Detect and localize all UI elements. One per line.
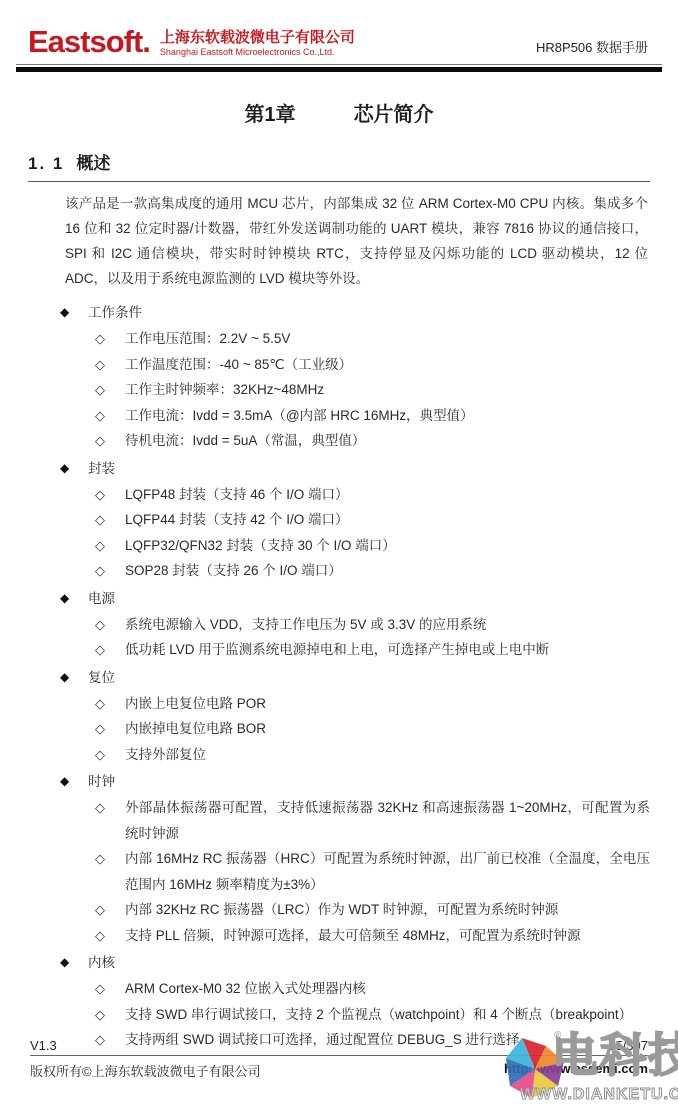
feature-item-text: 工作主时钟频率：32KHz~48MHz	[125, 377, 650, 403]
diamond-outline-icon: ◇	[95, 326, 125, 352]
feature-head-operating-conditions: ◆ 工作条件	[60, 299, 678, 326]
header-rule-thin	[16, 64, 662, 65]
feature-item: ◇ 工作主时钟频率：32KHz~48MHz	[95, 377, 650, 403]
feature-item: ◇ 系统电源输入 VDD，支持工作电压为 5V 或 3.3V 的应用系统	[95, 612, 650, 638]
feature-item: ◇ 工作温度范围：-40 ~ 85℃（工业级）	[95, 352, 650, 378]
diamond-filled-icon: ◆	[60, 768, 88, 795]
feature-item: ◇ LQFP48 封装（支持 46 个 I/O 端口）	[95, 482, 650, 508]
feature-item: ◇ 外部晶体振荡器可配置，支持低速振荡器 32KHz 和高速振荡器 1~20MH…	[95, 795, 650, 846]
feature-item: ◇ 支持 PLL 倍频，时钟源可选择，最大可倍频至 48MHz，可配置为系统时钟…	[95, 923, 650, 949]
feature-item: ◇ LQFP32/QFN32 封装（支持 30 个 I/O 端口）	[95, 533, 650, 559]
feature-item-text: 工作电压范围：2.2V ~ 5.5V	[125, 326, 650, 352]
feature-item: ◇ SOP28 封装（支持 26 个 I/O 端口）	[95, 558, 650, 584]
footer-url-link[interactable]: http://www.essemi.com	[504, 1061, 648, 1080]
watermark-url: WWW.DIANKETU.COM	[520, 1086, 678, 1104]
feature-item: ◇ 工作电压范围：2.2V ~ 5.5V	[95, 326, 650, 352]
header-rule-thick	[16, 67, 662, 72]
feature-item: ◇ 内部 32KHz RC 振荡器（LRC）作为 WDT 时钟源，可配置为系统时…	[95, 897, 650, 923]
diamond-outline-icon: ◇	[95, 558, 125, 584]
page-footer: V1.3 15/307 版权所有©上海东软载波微电子有限公司 http://ww…	[30, 1038, 648, 1080]
feature-head-reset: ◆ 复位	[60, 664, 678, 691]
feature-item-text: 内部 16MHz RC 振荡器（HRC）可配置为系统时钟源，出厂前已校准（全温度…	[125, 846, 650, 897]
company-logo: Eastsoft. 上海东软载波微电子有限公司 Shanghai Eastsof…	[28, 26, 355, 58]
company-name-en: Shanghai Eastsoft Microelectronics Co.,L…	[160, 46, 355, 58]
intro-paragraph: 该产品是一款高集成度的通用 MCU 芯片，内部集成 32 位 ARM Corte…	[65, 191, 648, 291]
feature-title: 封装	[88, 455, 115, 482]
feature-item: ◇ 内部 16MHz RC 振荡器（HRC）可配置为系统时钟源，出厂前已校准（全…	[95, 846, 650, 897]
section-number: 1. 1	[28, 154, 64, 173]
feature-item-text: 外部晶体振荡器可配置，支持低速振荡器 32KHz 和高速振荡器 1~20MHz，…	[125, 795, 650, 846]
feature-title: 电源	[88, 585, 115, 612]
section-heading: 1. 1概述	[28, 149, 678, 174]
feature-item-text: 支持外部复位	[125, 742, 650, 768]
diamond-filled-icon: ◆	[60, 585, 88, 612]
feature-item-text: 待机电流：Ivdd = 5uA（常温，典型值）	[125, 428, 650, 454]
diamond-outline-icon: ◇	[95, 352, 125, 378]
feature-head-packages: ◆ 封装	[60, 455, 678, 482]
datasheet-page: Eastsoft. 上海东软载波微电子有限公司 Shanghai Eastsof…	[0, 0, 678, 1106]
feature-head-clock: ◆ 时钟	[60, 768, 678, 795]
feature-item-text: SOP28 封装（支持 26 个 I/O 端口）	[125, 558, 650, 584]
feature-head-core: ◆ 内核	[60, 949, 678, 976]
diamond-outline-icon: ◇	[95, 691, 125, 717]
feature-item-text: 工作温度范围：-40 ~ 85℃（工业级）	[125, 352, 650, 378]
diamond-outline-icon: ◇	[95, 482, 125, 508]
feature-item-text: 支持 PLL 倍频，时钟源可选择，最大可倍频至 48MHz，可配置为系统时钟源	[125, 923, 650, 949]
diamond-outline-icon: ◇	[95, 1002, 125, 1028]
feature-item: ◇ 支持外部复位	[95, 742, 650, 768]
diamond-outline-icon: ◇	[95, 507, 125, 533]
eastsoft-logo: Eastsoft.	[28, 26, 150, 58]
feature-item: ◇ 内嵌上电复位电路 POR	[95, 691, 650, 717]
feature-title: 时钟	[88, 768, 115, 795]
diamond-outline-icon: ◇	[95, 533, 125, 559]
diamond-outline-icon: ◇	[95, 923, 125, 949]
footer-rule	[30, 1055, 648, 1056]
chapter-number: 第1章	[244, 104, 295, 126]
diamond-outline-icon: ◇	[95, 377, 125, 403]
feature-item: ◇ ARM Cortex-M0 32 位嵌入式处理器内核	[95, 976, 650, 1002]
feature-title: 复位	[88, 664, 115, 691]
diamond-outline-icon: ◇	[95, 795, 125, 846]
company-name-cn: 上海东软载波微电子有限公司	[160, 29, 355, 46]
feature-item-text: ARM Cortex-M0 32 位嵌入式处理器内核	[125, 976, 650, 1002]
feature-item-text: 支持 SWD 串行调试接口，支持 2 个监视点（watchpoint）和 4 个…	[125, 1002, 650, 1028]
feature-item-text: 工作电流：Ivdd = 3.5mA（@内部 HRC 16MHz，典型值）	[125, 403, 650, 429]
feature-title: 工作条件	[88, 299, 142, 326]
feature-item: ◇ 低功耗 LVD 用于监测系统电源掉电和上电，可选择产生掉电或上电中断	[95, 637, 650, 663]
diamond-filled-icon: ◆	[60, 949, 88, 976]
feature-list: ◆ 工作条件 ◇ 工作电压范围：2.2V ~ 5.5V ◇ 工作温度范围：-40…	[0, 299, 678, 1053]
feature-item-text: LQFP32/QFN32 封装（支持 30 个 I/O 端口）	[125, 533, 650, 559]
diamond-outline-icon: ◇	[95, 637, 125, 663]
section-name: 概述	[76, 154, 110, 173]
footer-page-number: 15/307	[608, 1038, 648, 1053]
diamond-outline-icon: ◇	[95, 897, 125, 923]
feature-item: ◇ 工作电流：Ivdd = 3.5mA（@内部 HRC 16MHz，典型值）	[95, 403, 650, 429]
diamond-outline-icon: ◇	[95, 403, 125, 429]
feature-title: 内核	[88, 949, 115, 976]
diamond-outline-icon: ◇	[95, 428, 125, 454]
diamond-outline-icon: ◇	[95, 612, 125, 638]
feature-item-text: 低功耗 LVD 用于监测系统电源掉电和上电，可选择产生掉电或上电中断	[125, 637, 650, 663]
feature-item: ◇ 待机电流：Ivdd = 5uA（常温，典型值）	[95, 428, 650, 454]
feature-item-text: LQFP44 封装（支持 42 个 I/O 端口）	[125, 507, 650, 533]
doc-title: HR8P506 数据手册	[536, 37, 648, 58]
feature-item: ◇ 支持 SWD 串行调试接口，支持 2 个监视点（watchpoint）和 4…	[95, 1002, 650, 1028]
diamond-outline-icon: ◇	[95, 976, 125, 1002]
feature-item-text: 内嵌上电复位电路 POR	[125, 691, 650, 717]
footer-copyright: 版权所有©上海东软载波微电子有限公司	[30, 1061, 261, 1080]
feature-item: ◇ 内嵌掉电复位电路 BOR	[95, 716, 650, 742]
diamond-outline-icon: ◇	[95, 716, 125, 742]
chapter-title: 第1章芯片简介	[0, 98, 678, 127]
page-header: Eastsoft. 上海东软载波微电子有限公司 Shanghai Eastsof…	[0, 0, 678, 58]
diamond-outline-icon: ◇	[95, 846, 125, 897]
section-rule	[28, 181, 650, 182]
diamond-filled-icon: ◆	[60, 299, 88, 326]
footer-version: V1.3	[30, 1038, 57, 1053]
diamond-filled-icon: ◆	[60, 664, 88, 691]
feature-item: ◇ LQFP44 封装（支持 42 个 I/O 端口）	[95, 507, 650, 533]
feature-item-text: 内部 32KHz RC 振荡器（LRC）作为 WDT 时钟源，可配置为系统时钟源	[125, 897, 650, 923]
feature-item-text: LQFP48 封装（支持 46 个 I/O 端口）	[125, 482, 650, 508]
feature-item-text: 系统电源输入 VDD，支持工作电压为 5V 或 3.3V 的应用系统	[125, 612, 650, 638]
diamond-outline-icon: ◇	[95, 742, 125, 768]
diamond-filled-icon: ◆	[60, 455, 88, 482]
feature-item-text: 内嵌掉电复位电路 BOR	[125, 716, 650, 742]
feature-head-power: ◆ 电源	[60, 585, 678, 612]
company-names: 上海东软载波微电子有限公司 Shanghai Eastsoft Microele…	[160, 26, 355, 58]
chapter-name: 芯片简介	[354, 104, 434, 126]
